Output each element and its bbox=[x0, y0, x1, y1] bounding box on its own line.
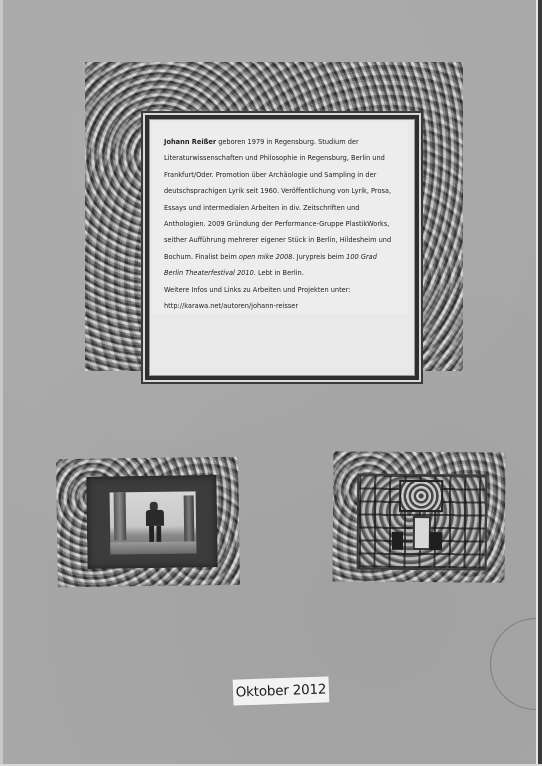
figure-body bbox=[146, 510, 164, 526]
large-ornate-frame: Johann Reißer geboren 1979 in Regensburg… bbox=[85, 62, 463, 371]
award-open-mike: open mike 2008 bbox=[239, 253, 293, 261]
photo-mat bbox=[86, 475, 217, 569]
bio-line-2: Literaturwissenschaften und Philosophie … bbox=[164, 150, 398, 166]
bio-line-6: Anthologien. 2009 Gründung der Performan… bbox=[164, 216, 398, 232]
curved-pencil-mark bbox=[490, 618, 542, 710]
scanned-page: Johann Reißer geboren 1979 in Regensburg… bbox=[0, 0, 542, 766]
bio-line-9: Berlin Theaterfestival 2010. Lebt in Ber… bbox=[164, 265, 398, 281]
gallery-engraving bbox=[357, 474, 488, 571]
bio-text: Bochum. Finalist beim bbox=[164, 253, 239, 261]
bio-line-4: deutschsprachigen Lyrik seit 1960. Veröf… bbox=[164, 183, 398, 199]
bio-text: geboren 1979 in Regensburg. Studium der bbox=[216, 138, 359, 146]
column-right bbox=[184, 495, 195, 547]
photo-man-between-columns bbox=[110, 491, 197, 554]
gallery-figures bbox=[385, 532, 455, 550]
bio-line-3: Frankfurt/Oder. Promotion über Archäolog… bbox=[164, 167, 398, 183]
author-url[interactable]: http://karawa.net/autoren/johann-reisser bbox=[164, 298, 398, 314]
small-frame-photo bbox=[56, 457, 240, 588]
award-100-grad: 100 Grad bbox=[346, 253, 377, 261]
bio-line-7: seither Aufführung mehrerer eigener Stüc… bbox=[164, 232, 398, 248]
date-label: Oktober 2012 bbox=[233, 676, 330, 705]
column-left bbox=[114, 492, 127, 540]
bio-line-1: Johann Reißer geboren 1979 in Regensburg… bbox=[164, 134, 398, 150]
bio-text: . Jurypreis beim bbox=[292, 253, 346, 261]
bio-line-5: Essays und intermedialen Arbeiten in div… bbox=[164, 200, 398, 216]
gallery-central-painting bbox=[399, 480, 443, 512]
floor bbox=[110, 541, 196, 554]
page-left-edge bbox=[0, 0, 3, 766]
page-right-edge-shadow bbox=[538, 0, 542, 766]
more-info-line: Weitere Infos und Links zu Arbeiten und … bbox=[164, 282, 398, 298]
author-name: Johann Reißer bbox=[164, 138, 216, 146]
bio-text-panel: Johann Reißer geboren 1979 in Regensburg… bbox=[152, 122, 408, 314]
bio-line-8: Bochum. Finalist beim open mike 2008. Ju… bbox=[164, 249, 398, 265]
festival-name: Berlin Theaterfestival 2010 bbox=[164, 269, 254, 277]
small-frame-gallery bbox=[333, 451, 506, 582]
bio-text: . Lebt in Berlin. bbox=[254, 269, 304, 277]
